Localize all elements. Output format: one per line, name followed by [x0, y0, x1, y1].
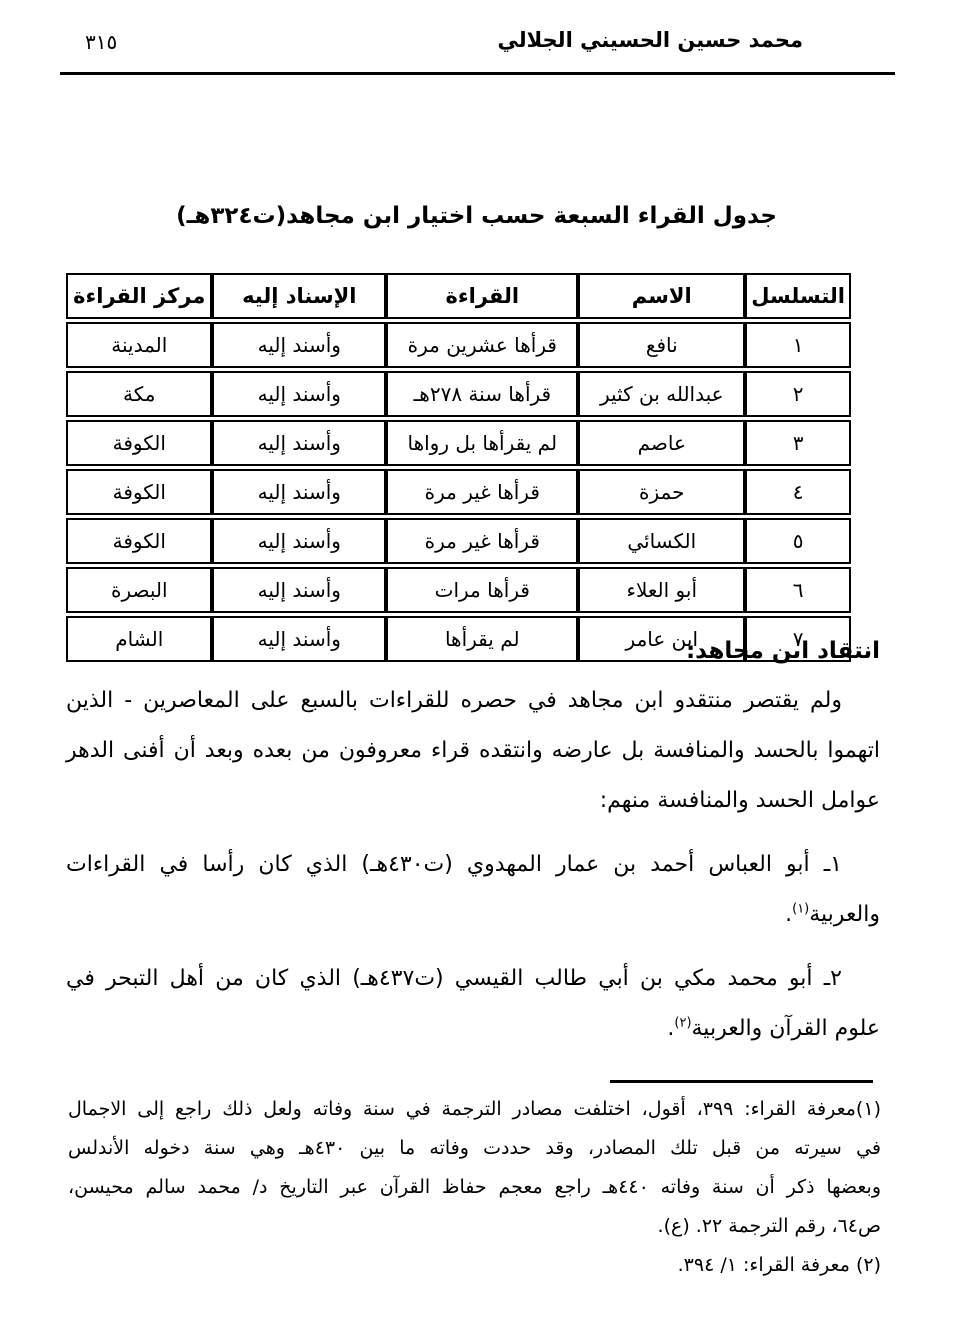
footnote-line: ص٦٤، رقم الترجمة ٢٢. (ع).	[68, 1207, 881, 1246]
table-cell: حمزة	[578, 469, 745, 515]
table-cell: ٤	[745, 469, 851, 515]
page-number: ٣١٥	[85, 30, 117, 54]
footnote-line: وبعضها ذكر أن سنة وفاته ٤٤٠هـ راجع معجم …	[68, 1168, 881, 1207]
table-cell: قرأها غير مرة	[386, 518, 578, 564]
header-rule	[60, 72, 895, 75]
table-header-cell: الاسم	[578, 273, 745, 319]
table-title: جدول القراء السبعة حسب اختيار ابن مجاهد(…	[0, 203, 953, 229]
paragraph-line: والعربية(١).	[66, 890, 880, 940]
table-cell: قرأها سنة ٢٧٨هـ	[386, 371, 578, 417]
table-row: ١ نافع قرأها عشرين مرة وأسند إليه المدين…	[66, 322, 851, 368]
footnotes: (١)معرفة القراء: ٣٩٩، أقول، اختلفت مصادر…	[68, 1090, 881, 1285]
footnote-separator-rule	[610, 1080, 873, 1083]
table-cell: وأسند إليه	[212, 469, 386, 515]
table-cell: عبدالله بن كثير	[578, 371, 745, 417]
table-cell: الكوفة	[66, 469, 212, 515]
line-text: علوم القرآن والعربية	[692, 1016, 880, 1041]
paragraph-line: ١ـ أبو العباس أحمد بن عمار المهدوي (ت٤٣٠…	[66, 840, 880, 890]
footnote-marker: (٢)	[674, 1016, 691, 1031]
footnote-line: في سيرته من قبل تلك المصادر، وقد حددت وف…	[68, 1129, 881, 1168]
paragraph-line: ٢ـ أبو محمد مكي بن أبي طالب القيسي (ت٤٣٧…	[66, 954, 880, 1004]
table-cell: أبو العلاء	[578, 567, 745, 613]
table-header-row: التسلسل الاسم القراءة الإسناد إليه مركز …	[66, 273, 851, 319]
section-heading: انتقاد ابن مجاهد:	[686, 638, 880, 664]
table-cell: المدينة	[66, 322, 212, 368]
table-cell: لم يقرأها	[386, 616, 578, 662]
table-header-cell: التسلسل	[745, 273, 851, 319]
table-cell: الكسائي	[578, 518, 745, 564]
paragraph: ولم يقتصر منتقدو ابن مجاهد في حصره للقرا…	[66, 676, 880, 826]
table-cell: وأسند إليه	[212, 567, 386, 613]
table-cell: ٦	[745, 567, 851, 613]
table-row: ٣ عاصم لم يقرأها بل رواها وأسند إليه الك…	[66, 420, 851, 466]
table-cell: قرأها مرات	[386, 567, 578, 613]
table-header-cell: القراءة	[386, 273, 578, 319]
table-cell: البصرة	[66, 567, 212, 613]
table-cell: وأسند إليه	[212, 371, 386, 417]
table-cell: عاصم	[578, 420, 745, 466]
table-row: ٦ أبو العلاء قرأها مرات وأسند إليه البصر…	[66, 567, 851, 613]
table-cell: ٢	[745, 371, 851, 417]
paragraph-line: ولم يقتصر منتقدو ابن مجاهد في حصره للقرا…	[66, 676, 880, 726]
table-row: ٢ عبدالله بن كثير قرأها سنة ٢٧٨هـ وأسند …	[66, 371, 851, 417]
table-cell: وأسند إليه	[212, 616, 386, 662]
table-cell: قرأها غير مرة	[386, 469, 578, 515]
paragraph-line: علوم القرآن والعربية(٢).	[66, 1004, 880, 1054]
table-row: ٥ الكسائي قرأها غير مرة وأسند إليه الكوف…	[66, 518, 851, 564]
paragraph-line: اتهموا بالحسد والمنافسة بل عارضه وانتقده…	[66, 726, 880, 776]
numbered-item: ٢ـ أبو محمد مكي بن أبي طالب القيسي (ت٤٣٧…	[66, 954, 880, 1054]
line-text: والعربية	[809, 902, 880, 927]
table-cell: نافع	[578, 322, 745, 368]
body-text: ولم يقتصر منتقدو ابن مجاهد في حصره للقرا…	[66, 676, 880, 1068]
table-cell: الكوفة	[66, 420, 212, 466]
readers-table: التسلسل الاسم القراءة الإسناد إليه مركز …	[66, 270, 851, 665]
table-cell: وأسند إليه	[212, 518, 386, 564]
table-cell: قرأها عشرين مرة	[386, 322, 578, 368]
footnote-marker: (١)	[792, 902, 809, 917]
book-page: { "header": { "author": "محمد حسين الحسي…	[0, 0, 953, 1330]
numbered-item: ١ـ أبو العباس أحمد بن عمار المهدوي (ت٤٣٠…	[66, 840, 880, 940]
table-header-cell: الإسناد إليه	[212, 273, 386, 319]
table-cell: الشام	[66, 616, 212, 662]
table-header-cell: مركز القراءة	[66, 273, 212, 319]
table-row: ٤ حمزة قرأها غير مرة وأسند إليه الكوفة	[66, 469, 851, 515]
table-cell: وأسند إليه	[212, 420, 386, 466]
table-cell: ٣	[745, 420, 851, 466]
table-cell: ١	[745, 322, 851, 368]
page-header-author: محمد حسين الحسيني الجلالي	[497, 28, 803, 52]
table-cell: لم يقرأها بل رواها	[386, 420, 578, 466]
footnote-line: (١)معرفة القراء: ٣٩٩، أقول، اختلفت مصادر…	[68, 1090, 881, 1129]
paragraph-line: عوامل الحسد والمنافسة منهم:	[66, 776, 880, 826]
table-cell: مكة	[66, 371, 212, 417]
table-cell: ٥	[745, 518, 851, 564]
table-cell: الكوفة	[66, 518, 212, 564]
footnote-line: (٢) معرفة القراء: ١/ ٣٩٤.	[68, 1246, 881, 1285]
table-cell: وأسند إليه	[212, 322, 386, 368]
